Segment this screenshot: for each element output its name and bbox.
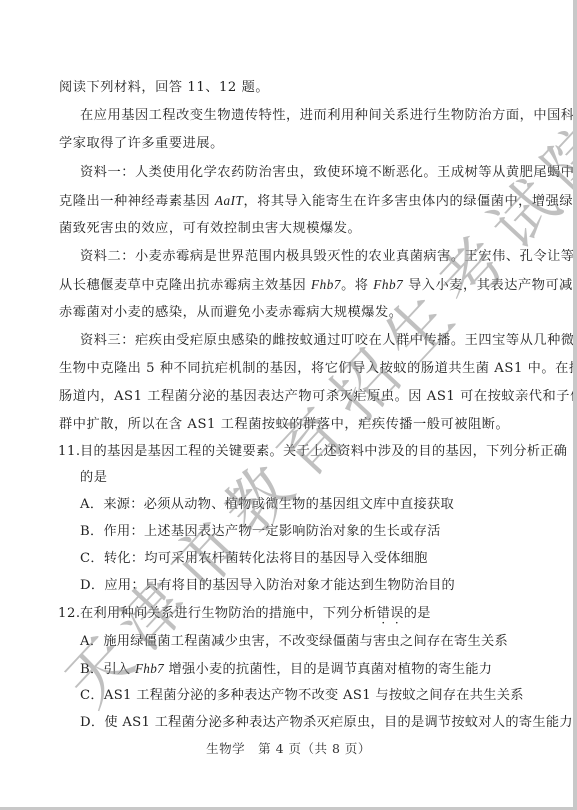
material-1-line-3: 菌致死害虫的效应，可有效控制虫害大规模爆发。 xyxy=(59,221,361,237)
material-3-line-1: 资料三：疟疾由受疟原虫感染的雌按蚊通过叮咬在人群中传播。王四宝等从几种微 xyxy=(80,333,575,349)
material-2-line-2: 从长穗偃麦草中克隆出抗赤霉病主效基因 Fhb7。将 Fhb7 导入小麦，其表达产… xyxy=(59,277,577,294)
question-11-stem-line-1: 目的基因是基因工程的关键要素。关于上述资料中涉及的目的基因，下列分析正确 xyxy=(80,444,567,460)
material-3-line-3: 肠道内，AS1 工程菌分泌的基因表达产物可杀灭疟原虫。因 AS1 可在按蚊亲代和… xyxy=(59,389,577,405)
page-footer: 生物学 第 4 页（共 8 页） xyxy=(0,739,577,757)
gene-name: Fhb7 xyxy=(373,277,403,292)
exam-page: 阅读下列材料，回答 11、12 题。 在应用基因工程改变生物遗传特性，进而利用种… xyxy=(0,0,577,810)
gene-name: AaIT xyxy=(215,193,244,208)
question-11-option-d[interactable]: D．应用：只有将目的基因导入防治对象才能达到生物防治目的 xyxy=(80,578,455,594)
material-1-line-2: 克隆出一种神经毒素基因 AaIT，将其导入能寄生在许多害虫体内的绿僵菌中，增强绿… xyxy=(59,193,577,210)
question-11-stem-line-2: 的是 xyxy=(80,470,107,486)
lead-paragraph-line-1: 在应用基因工程改变生物遗传特性，进而利用种间关系进行生物防治方面，中国科 xyxy=(80,108,575,124)
emphasis-char: 误 xyxy=(390,606,404,621)
question-11-option-c[interactable]: C．转化：均可采用农杆菌转化法将目的基因导入受体细胞 xyxy=(80,551,428,567)
question-12-number: 12. xyxy=(58,606,81,622)
material-3-line-4: 群中扩散，所以在含 AS1 工程菌按蚊的群落中，疟疾传播一般可被阻断。 xyxy=(59,417,509,433)
gene-name: Fhb7 xyxy=(135,661,164,676)
material-1-line-1: 资料一：人类使用化学农药防治害虫，致使环境不断恶化。王成树等从黄肥尾蝎中 xyxy=(80,165,575,181)
question-11-option-b[interactable]: B．作用：上述基因表达产物一定影响防治对象的生长或存活 xyxy=(80,524,441,540)
question-12-option-a[interactable]: A．施用绿僵菌工程菌减少虫害，不改变绿僵菌与害虫之间存在寄生关系 xyxy=(80,634,508,650)
watermark: 天津市教育招生考试院 xyxy=(40,90,577,723)
material-2-line-1: 资料二：小麦赤霉病是世界范围内极具毁灭性的农业真菌病害。王宏伟、孔令让等 xyxy=(80,249,575,265)
lead-paragraph-line-2: 学家取得了许多重要进展。 xyxy=(59,136,224,152)
question-12-option-b[interactable]: B．引入 Fhb7 增强小麦的抗菌性，目的是调节真菌对植物的寄生能力 xyxy=(80,661,492,678)
question-12-stem: 在利用种间关系进行生物防治的措施中，下列分析错误的是 xyxy=(80,606,431,622)
question-11-option-a[interactable]: A．来源：必须从动物、植物或微生物的基因组文库中直接获取 xyxy=(80,497,454,513)
question-11-number: 11. xyxy=(58,444,81,460)
emphasis-char: 错 xyxy=(377,606,391,621)
question-12-option-d[interactable]: D．使 AS1 工程菌分泌多种表达产物杀灭疟原虫，目的是调节按蚊对人的寄生能力 xyxy=(80,715,573,731)
material-2-line-3: 赤霉菌对小麦的感染，从而避免小麦赤霉病大规模爆发。 xyxy=(59,305,402,321)
page-edge-shadow xyxy=(573,0,577,810)
gene-name: Fhb7 xyxy=(311,277,341,292)
material-3-line-2: 生物中克隆出 5 种不同抗疟机制的基因，将它们导入按蚊的肠道共生菌 AS1 中。… xyxy=(59,361,577,377)
question-12-option-c[interactable]: C．AS1 工程菌分泌的多种表达产物不改变 AS1 与按蚊之间存在共生关系 xyxy=(80,688,524,704)
reading-instruction: 阅读下列材料，回答 11、12 题。 xyxy=(59,80,269,96)
